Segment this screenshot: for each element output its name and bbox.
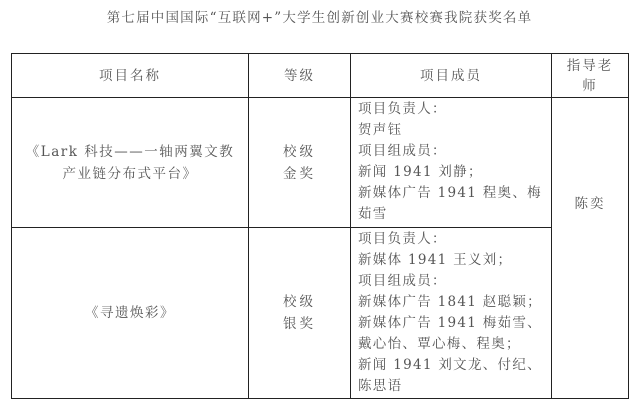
member-line: 新媒体 1941 王义刘； [358, 250, 547, 271]
member-line: 项目组成员： [358, 141, 547, 162]
awards-table: 项目名称 等级 项目成员 指导老 师 《Lark 科技——一轴两翼文教 产业链分… [11, 53, 629, 399]
project-name-cell: 《Lark 科技——一轴两翼文教 产业链分布式平台》 [12, 98, 249, 228]
member-line: 新媒体广告 1941 程奥、梅 [358, 183, 547, 204]
table-row: 《寻遗焕彩》 校级 银奖 项目负责人： 新媒体 1941 王义刘； 项目组成员：… [12, 228, 629, 399]
member-line: 戴心怡、覃心梅、程奥； [358, 334, 547, 355]
advisor-name: 陈奕 [575, 196, 606, 212]
header-advisor-line2: 师 [552, 76, 628, 96]
member-line: 项目负责人： [358, 229, 547, 250]
award-level-line: 金奖 [249, 163, 350, 185]
members-cell: 项目负责人： 贺声钰 项目组成员： 新闻 1941 刘静； 新媒体广告 1941… [351, 98, 552, 228]
member-line: 项目负责人： [358, 99, 547, 120]
members-cell: 项目负责人： 新媒体 1941 王义刘； 项目组成员： 新媒体广告 1841 赵… [351, 228, 552, 399]
award-level-cell: 校级 金奖 [249, 98, 351, 228]
project-name-line: 产业链分布式平台》 [12, 163, 248, 185]
table-row: 《Lark 科技——一轴两翼文教 产业链分布式平台》 校级 金奖 项目负责人： … [12, 98, 629, 228]
award-level-line: 校级 [249, 291, 350, 313]
member-line: 茹雪 [358, 204, 547, 225]
header-project-name: 项目名称 [12, 54, 249, 98]
member-line: 新闻 1941 刘静； [358, 162, 547, 183]
project-name-cell: 《寻遗焕彩》 [12, 228, 249, 399]
member-line: 陈思语 [358, 376, 547, 397]
header-members: 项目成员 [351, 54, 552, 98]
header-advisor-line1: 指导老 [552, 56, 628, 76]
award-level-line: 银奖 [249, 313, 350, 335]
document-title: 第七届中国国际“互联网+”大学生创新创业大赛校赛我院获奖名单 [0, 8, 639, 28]
member-line: 贺声钰 [358, 120, 547, 141]
table-header-row: 项目名称 等级 项目成员 指导老 师 [12, 54, 629, 98]
project-name-line: 《Lark 科技——一轴两翼文教 [12, 141, 248, 163]
member-line: 项目组成员： [358, 271, 547, 292]
award-level-cell: 校级 银奖 [249, 228, 351, 399]
advisor-cell: 陈奕 [552, 98, 629, 399]
member-line: 新媒体广告 1941 梅茹雪、 [358, 313, 547, 334]
member-line: 新闻 1941 刘文龙、付纪、 [358, 355, 547, 376]
project-name-line: 《寻遗焕彩》 [12, 302, 248, 324]
header-level: 等级 [249, 54, 351, 98]
member-line: 新媒体广告 1841 赵聪颖； [358, 292, 547, 313]
award-level-line: 校级 [249, 141, 350, 163]
header-advisor: 指导老 师 [552, 54, 629, 98]
